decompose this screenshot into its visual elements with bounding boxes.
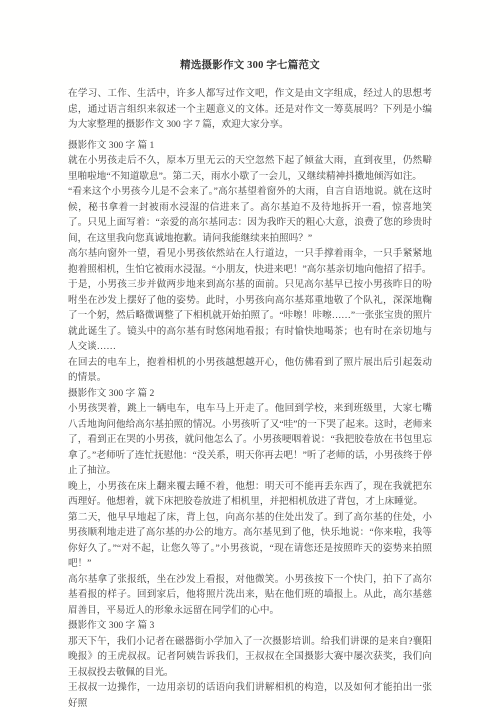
section-1-paragraph: 就在小男孩走后不久，原本万里无云的天空忽然下起了倾盆大雨，直到夜里，仍然噼里啪啦… — [68, 153, 432, 184]
document-page: 精选摄影作文 300 字七篇范文 在学习、工作、生活中，许多人都写过作文吧，作文… — [0, 0, 500, 707]
section-2-paragraph: 晚上，小男孩在床上翻来覆去睡不着，他想：明天可不能再丢东西了，现在我就把东西理好… — [68, 479, 432, 510]
essay-section-1: 摄影作文 300 字 篇 1 就在小男孩走后不久，原本万里无云的天空忽然下起了倾… — [68, 138, 432, 386]
intro-paragraph: 在学习、工作、生活中，许多人都写过作文吧，作文是由文字组成，经过人的思想考虑，通… — [68, 86, 432, 133]
section-2-paragraph: 高尔基拿了张报纸，坐在沙发上看报，对他微笑。小男孩按下一个快门，拍下了高尔基看报… — [68, 572, 432, 619]
section-3-paragraph: 王叔叔一边操作，一边用亲切的话语向我们讲解相机的构造，以及如何才能拍出一张好照 — [68, 680, 432, 707]
section-1-paragraph: 高尔基向窗外一望，看见小男孩依然站在人行道边，一只手撑着雨伞，一只手紧紧地抱着照… — [68, 246, 432, 277]
section-2-heading: 摄影作文 300 字 篇 2 — [68, 386, 432, 402]
section-3-paragraph: 那天下午，我们小记者在磁器街小学加入了一次摄影培训。给我们讲课的是来自?襄阳晚报… — [68, 634, 432, 681]
section-1-heading: 摄影作文 300 字 篇 1 — [68, 138, 432, 154]
essay-section-2: 摄影作文 300 字 篇 2 小男孩哭着，跳上一辆电车，电车马上开走了。他回到学… — [68, 386, 432, 619]
section-2-paragraph: 小男孩哭着，跳上一辆电车，电车马上开走了。他回到学校，来到班级里，大家七嘴八舌地… — [68, 401, 432, 479]
section-2-paragraph: 第二天，他早早地起了床，背上包，向高尔基的住处出发了。到了高尔基的住处，小男孩顺… — [68, 510, 432, 572]
section-1-paragraph: 在回去的电车上，抱着相机的小男孩越想越开心，他仿佛看到了照片展出后引起轰动的情景… — [68, 355, 432, 386]
section-1-paragraph: 于是，小男孩三步并做两步地来到高尔基的面前。只见高尔基早已按小男孩昨日的吩咐坐在… — [68, 277, 432, 355]
essay-section-3: 摄影作文 300 字 篇 3 那天下午，我们小记者在磁器街小学加入了一次摄影培训… — [68, 618, 432, 707]
section-1-paragraph: “看来这个小男孩今儿是不会来了。”高尔基望着窗外的大雨，自言自语地说。就在这时候… — [68, 184, 432, 246]
page-title: 精选摄影作文 300 字七篇范文 — [68, 58, 432, 73]
document-content: 精选摄影作文 300 字七篇范文 在学习、工作、生活中，许多人都写过作文吧，作文… — [0, 0, 500, 707]
section-3-heading: 摄影作文 300 字 篇 3 — [68, 618, 432, 634]
